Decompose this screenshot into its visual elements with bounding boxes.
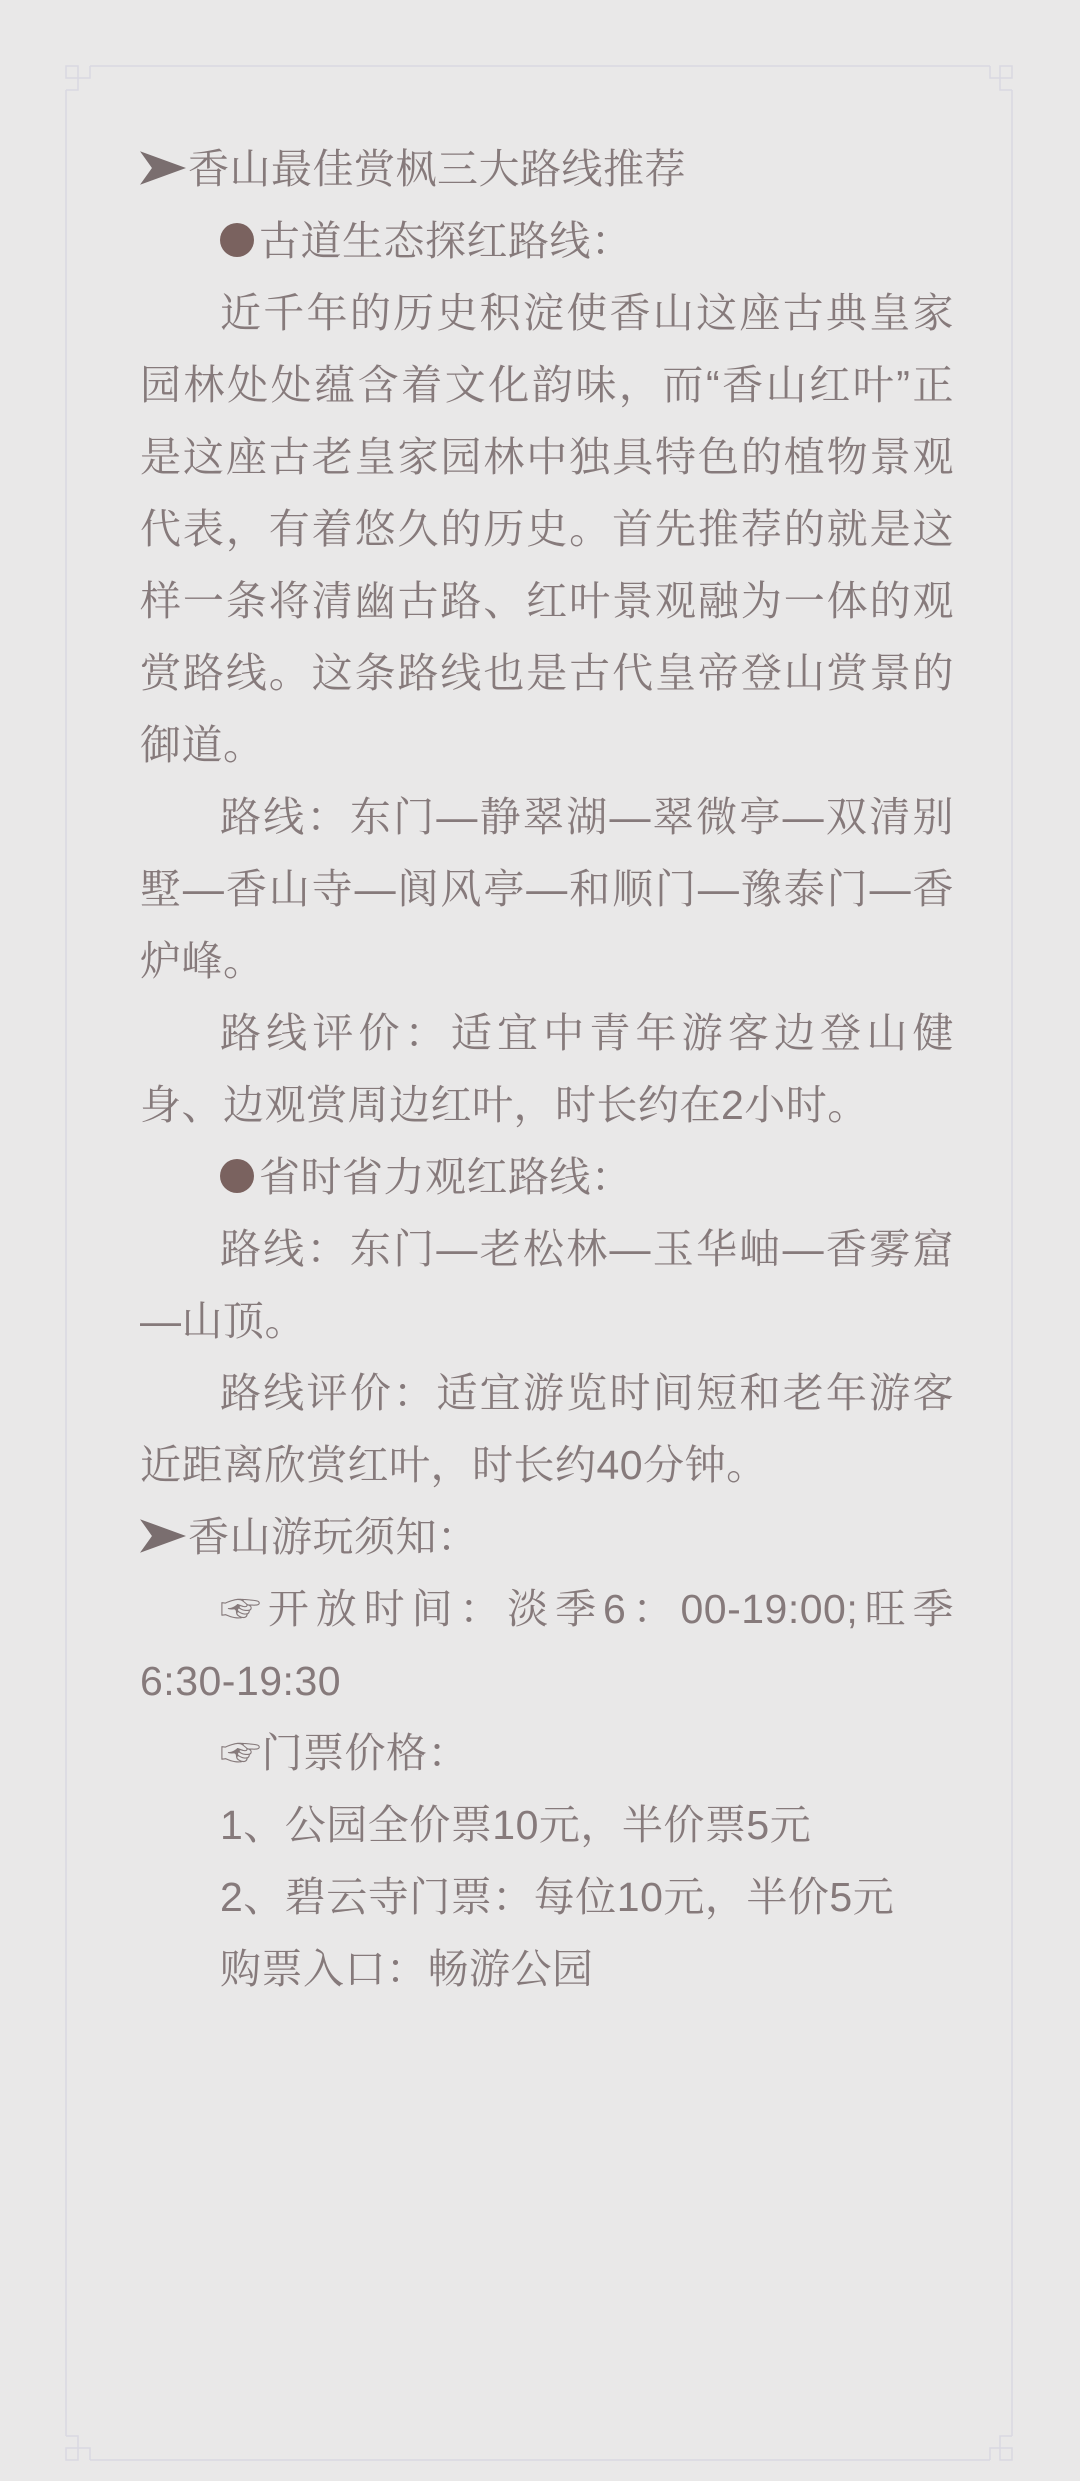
ticket-price-label: ☞门票价格： <box>140 1717 954 1789</box>
route2-review-paragraph: 路线评价：适宜游览时间短和老年游客近距离欣赏红叶，时长约40分钟。 <box>140 1357 954 1501</box>
route1-title-text: 古道生态探红路线： <box>259 218 633 264</box>
route2-title: 省时省力观红路线： <box>140 1141 954 1213</box>
article-body: 香山最佳赏枫三大路线推荐 古道生态探红路线： 近千年的历史积淀使香山这座古典皇家… <box>140 133 954 2005</box>
route1-title: 古道生态探红路线： <box>140 205 954 277</box>
bullet-dot-icon <box>220 1159 254 1193</box>
pointing-finger-icon: ☞ <box>220 1586 262 1632</box>
ticket-item1-paragraph: 1、公园全价票10元，半价票5元 <box>140 1789 954 1861</box>
ticket-price-label-text: 门票价格： <box>262 1730 470 1776</box>
route1-intro-paragraph: 近千年的历史积淀使香山这座古典皇家园林处处蕴含着文化韵味，而“香山红叶”正是这座… <box>140 277 954 781</box>
section-heading-routes: 香山最佳赏枫三大路线推荐 <box>140 133 954 205</box>
route2-title-text: 省时省力观红路线： <box>259 1154 633 1200</box>
opening-hours-text: 开放时间：淡季6：00-19:00;旺季6:30-19:30 <box>140 1586 954 1704</box>
pointing-finger-icon: ☞ <box>220 1730 262 1776</box>
section-heading-notice: 香山游玩须知： <box>140 1501 954 1573</box>
opening-hours-paragraph: ☞开放时间：淡季6：00-19:00;旺季6:30-19:30 <box>140 1573 954 1717</box>
purchase-entry-paragraph: 购票入口：畅游公园 <box>140 1933 954 2005</box>
section-heading-routes-text: 香山最佳赏枫三大路线推荐 <box>188 146 686 192</box>
route2-path-paragraph: 路线：东门—老松林—玉华岫—香雾窟—山顶。 <box>140 1213 954 1357</box>
ticket-item2-paragraph: 2、碧云寺门票：每位10元，半价5元 <box>140 1861 954 1933</box>
bullet-dot-icon <box>220 223 254 257</box>
arrow-right-icon <box>140 148 186 188</box>
route1-path-paragraph: 路线：东门—静翠湖—翠微亭—双清别墅—香山寺—阆风亭—和顺门—豫泰门—香炉峰。 <box>140 781 954 997</box>
arrow-right-icon <box>140 1516 186 1556</box>
section-heading-notice-text: 香山游玩须知： <box>188 1514 479 1560</box>
route1-review-paragraph: 路线评价：适宜中青年游客边登山健身、边观赏周边红叶，时长约在2小时。 <box>140 997 954 1141</box>
